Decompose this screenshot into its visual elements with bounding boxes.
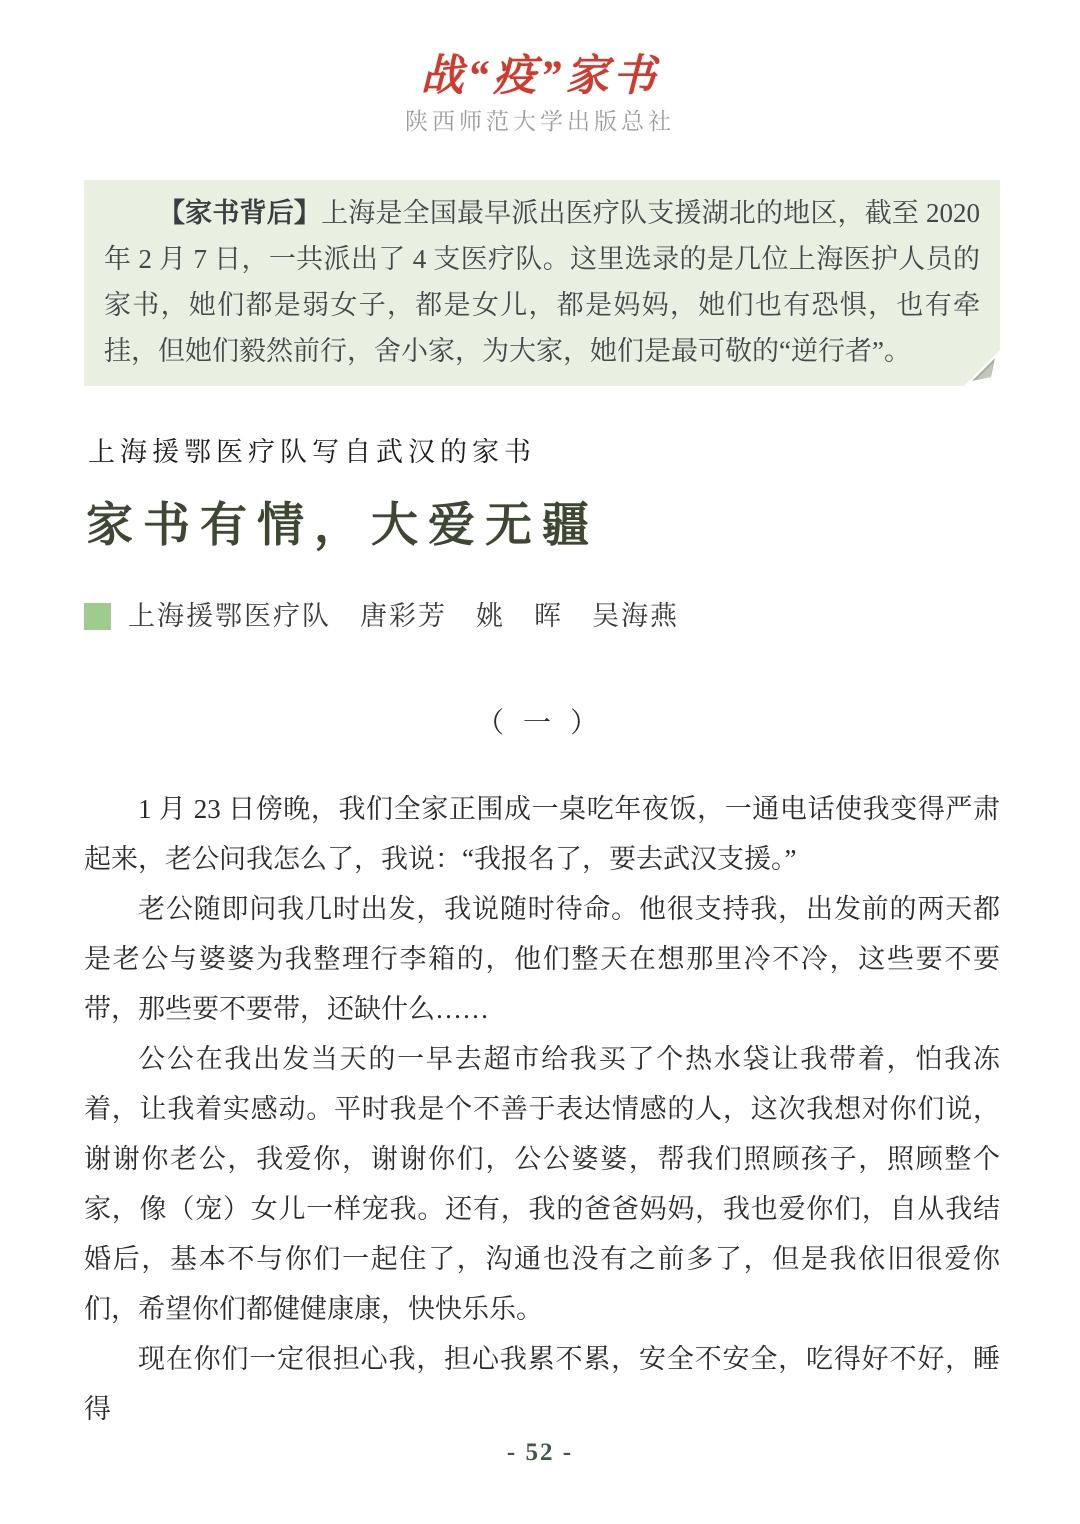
section-marker: （ 一 ） <box>0 702 1080 746</box>
byline-square-icon <box>84 603 111 630</box>
letter-paragraph: 老公随即问我几时出发，我说随时待命。他很支持我，出发前的两天都是老公与婆婆为我整… <box>84 884 1000 1034</box>
byline-authors: 上海援鄂医疗队 唐彩芳 姚 晖 吴海燕 <box>128 596 679 636</box>
book-page: 战“疫”家书 陕西师范大学出版总社 【家书背后】上海是全国最早派出医疗队支援湖北… <box>0 0 1080 1524</box>
article-title: 家书有情，大爱无疆 <box>86 498 1080 554</box>
article-subtitle: 上海援鄂医疗队写自武汉的家书 <box>88 432 1080 472</box>
brand-logo: 战“疫”家书 <box>0 50 1080 104</box>
folded-corner-icon <box>964 350 1000 386</box>
callout-label: 【家书背后】 <box>158 198 321 228</box>
letter-paragraph: 1 月 23 日傍晚，我们全家正围成一桌吃年夜饭，一通电话使我变得严肃起来，老公… <box>84 784 1000 884</box>
letter-paragraph: 现在你们一定很担心我，担心我累不累，安全不安全，吃得好不好，睡得 <box>84 1334 1000 1434</box>
letter-paragraph: 公公在我出发当天的一早去超市给我买了个热水袋让我带着，怕我冻着，让我着实感动。平… <box>84 1034 1000 1334</box>
article-byline: 上海援鄂医疗队 唐彩芳 姚 晖 吴海燕 <box>84 596 1080 636</box>
letter-background-callout: 【家书背后】上海是全国最早派出医疗队支援湖北的地区，截至 2020 年 2 月 … <box>84 180 1000 386</box>
callout-paragraph: 【家书背后】上海是全国最早派出医疗队支援湖北的地区，截至 2020 年 2 月 … <box>104 190 980 374</box>
page-header: 战“疫”家书 陕西师范大学出版总社 <box>0 0 1080 138</box>
letter-body: 1 月 23 日傍晚，我们全家正围成一桌吃年夜饭，一通电话使我变得严肃起来，老公… <box>84 784 1000 1434</box>
page-number: - 52 - <box>0 1440 1080 1466</box>
publisher-name: 陕西师范大学出版总社 <box>0 104 1080 138</box>
